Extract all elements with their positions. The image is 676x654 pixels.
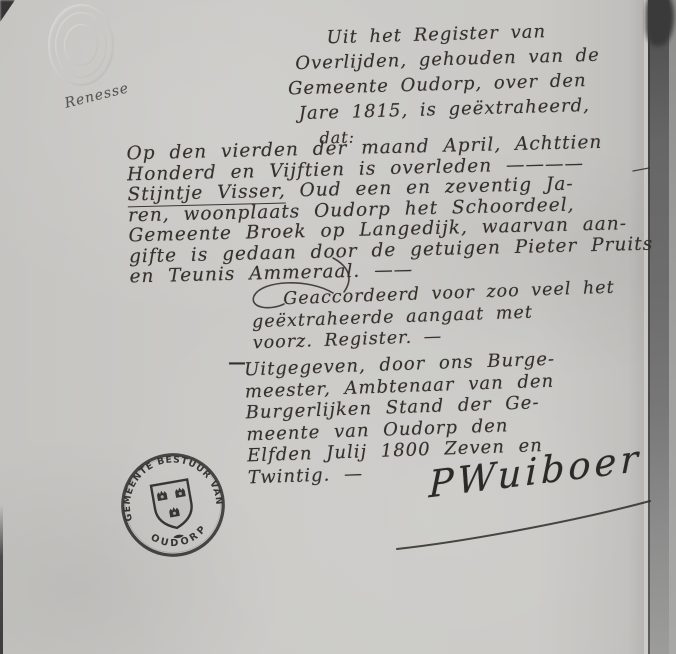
body-paragraph: Op den vierden der maand April, Achttien… [126,132,654,288]
scanned-document-photo: Renesse Uit het Register van Overlijden,… [0,0,676,654]
background-strip [669,0,676,654]
page-edge-shadow [648,0,669,654]
stamp-char: U [159,536,169,548]
page-edge-crease [648,0,650,654]
stamp-char: D [170,538,178,549]
coat-of-arms-shield [151,479,195,531]
embossed-seal [48,4,114,86]
stamp-char: P [195,524,208,537]
intro-paragraph: Uit het Register van Overlijden, gehoude… [286,18,602,152]
municipal-stamp: GEMEENTE BESTUUR VAN O U D O R P [110,441,235,568]
bottom-left-edge-shadow [0,505,3,654]
accord-paragraph: Geaccordeerd voor zoo veel het geëxtrahe… [251,278,617,355]
